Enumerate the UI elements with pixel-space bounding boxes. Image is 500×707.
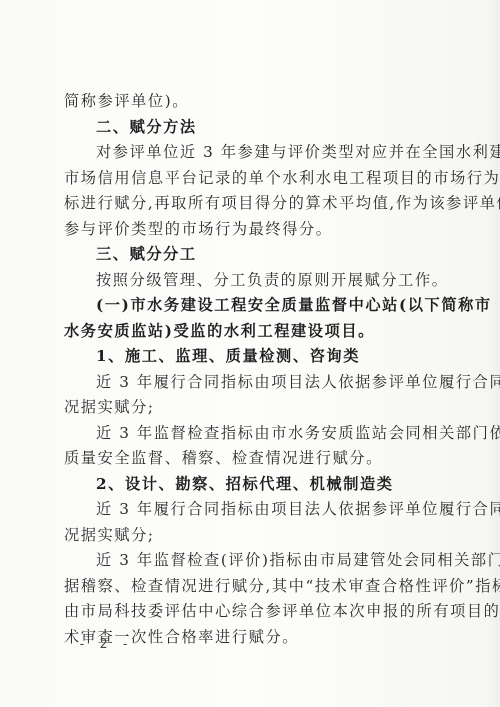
page-number: - 2 -: [78, 637, 132, 652]
page-edge-shadow: [486, 0, 500, 707]
section-heading-line: 1、施工、监理、质量检测、咨询类: [96, 346, 476, 366]
section-heading-line: (一)市水务建设工程安全质量监督中心站(以下简称市: [96, 295, 476, 315]
paragraph-line: 对参评单位近 3 年参建与评价类型对应并在全国水利建设: [96, 142, 476, 162]
document-page: 简称参评单位)。二、赋分方法对参评单位近 3 年参建与评价类型对应并在全国水利建…: [0, 0, 500, 707]
paragraph-line: 质量安全监督、稽察、检查情况进行赋分。: [64, 448, 444, 468]
section-heading-line: 二、赋分方法: [96, 117, 476, 137]
paragraph-line: 简称参评单位)。: [64, 91, 444, 111]
paragraph-line: 况据实赋分;: [64, 525, 444, 545]
section-heading-line: 2、设计、勘察、招标代理、机械制造类: [96, 474, 476, 494]
paragraph-line: 标进行赋分,再取所有项目得分的算术平均值,作为该参评单位: [64, 193, 444, 213]
paragraph-line: 近 3 年履行合同指标由项目法人依据参评单位履行合同情: [96, 372, 476, 392]
section-heading-line: 三、赋分分工: [96, 244, 476, 264]
paragraph-line: 况据实赋分;: [64, 397, 444, 417]
paragraph-line: 据稽察、检查情况进行赋分,其中“技术审查合格性评价”指标: [64, 576, 444, 596]
paragraph-line: 由市局科技委评估中心综合参评单位本次申报的所有项目的技: [64, 601, 444, 621]
paragraph-line: 近 3 年监督检查(评价)指标由市局建管处会同相关部门依: [96, 550, 476, 570]
paragraph-line: 近 3 年履行合同指标由项目法人依据参评单位履行合同情: [96, 499, 476, 519]
paragraph-line: 按照分级管理、分工负责的原则开展赋分工作。: [96, 270, 476, 290]
paragraph-line: 市场信用信息平台记录的单个水利水电工程项目的市场行为指: [64, 168, 444, 188]
section-heading-line: 水务安质监站)受监的水利工程建设项目。: [64, 321, 444, 341]
paragraph-line: 近 3 年监督检查指标由市水务安质监站会同相关部门依据: [96, 423, 476, 443]
paragraph-line: 参与评价类型的市场行为最终得分。: [64, 219, 444, 239]
